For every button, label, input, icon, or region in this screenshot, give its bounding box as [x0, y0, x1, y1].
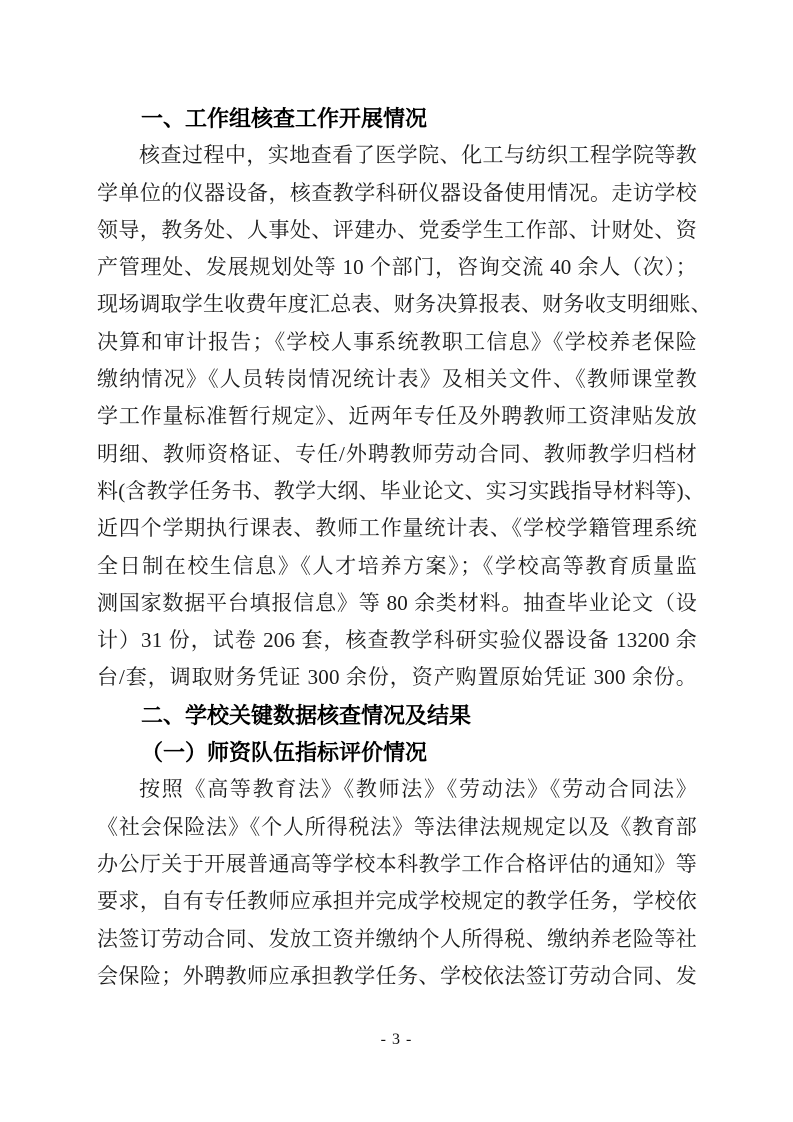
paragraph1-line-14: 计）31 份，试卷 206 套，核查教学科研实验仪器设备 13200 余: [97, 622, 697, 659]
paragraph2-line-4: 要求，自有专任教师应承担并完成学校规定的教学任务，学校依: [97, 883, 697, 920]
section-heading-2: 二、学校关键数据核查情况及结果: [97, 697, 697, 734]
paragraph1-line-15: 台/套，调取财务凭证 300 余份，资产购置原始凭证 300 余份。: [97, 659, 697, 696]
paragraph1-line-9: 明细、教师资格证、专任/外聘教师劳动合同、教师教学归档材: [97, 436, 697, 473]
document-page: 一、工作组核查工作开展情况 核查过程中，实地查看了医学院、化工与纺织工程学院等教…: [0, 0, 793, 1122]
paragraph1-line-8: 学工作量标准暂行规定》、近两年专任及外聘教师工资津贴发放: [97, 398, 697, 435]
paragraph2-line-6: 会保险；外聘教师应承担教学任务、学校依法签订劳动合同、发: [97, 958, 697, 995]
paragraph1-line-4: 产管理处、发展规划处等 10 个部门，咨询交流 40 余人（次）；: [97, 249, 697, 286]
paragraph1-line-12: 全日制在校生信息》《人才培养方案》；《学校高等教育质量监: [97, 548, 697, 585]
paragraph1-line-1: 核查过程中，实地查看了医学院、化工与纺织工程学院等教: [97, 137, 697, 174]
section-heading-1: 一、工作组核查工作开展情况: [97, 100, 697, 137]
paragraph1-line-11: 近四个学期执行课表、教师工作量统计表、《学校学籍管理系统: [97, 510, 697, 547]
subsection-heading-1: （一）师资队伍指标评价情况: [97, 734, 697, 771]
document-body: 一、工作组核查工作开展情况 核查过程中，实地查看了医学院、化工与纺织工程学院等教…: [97, 100, 697, 995]
paragraph1-line-5: 现场调取学生收费年度汇总表、财务决算报表、财务收支明细账、: [97, 286, 697, 323]
paragraph1-line-2: 学单位的仪器设备，核查教学科研仪器设备使用情况。走访学校: [97, 175, 697, 212]
paragraph1-line-3: 领导，教务处、人事处、评建办、党委学生工作部、计财处、资: [97, 212, 697, 249]
paragraph1-line-13: 测国家数据平台填报信息》等 80 余类材料。抽查毕业论文（设: [97, 585, 697, 622]
paragraph2-line-3: 办公厅关于开展普通高等学校本科教学工作合格评估的通知》等: [97, 846, 697, 883]
paragraph2-line-2: 《社会保险法》《个人所得税法》等法律法规规定以及《教育部: [97, 809, 697, 846]
paragraph1-line-10: 料(含教学任务书、教学大纲、毕业论文、实习实践指导材料等)、: [97, 473, 697, 510]
paragraph2-line-5: 法签订劳动合同、发放工资并缴纳个人所得税、缴纳养老险等社: [97, 921, 697, 958]
paragraph1-line-6: 决算和审计报告；《学校人事系统教职工信息》《学校养老保险: [97, 324, 697, 361]
paragraph1-line-7: 缴纳情况》《人员转岗情况统计表》及相关文件、《教师课堂教: [97, 361, 697, 398]
paragraph2-line-1: 按照《高等教育法》《教师法》《劳动法》《劳动合同法》: [97, 771, 697, 808]
page-number: - 3 -: [0, 1031, 793, 1049]
